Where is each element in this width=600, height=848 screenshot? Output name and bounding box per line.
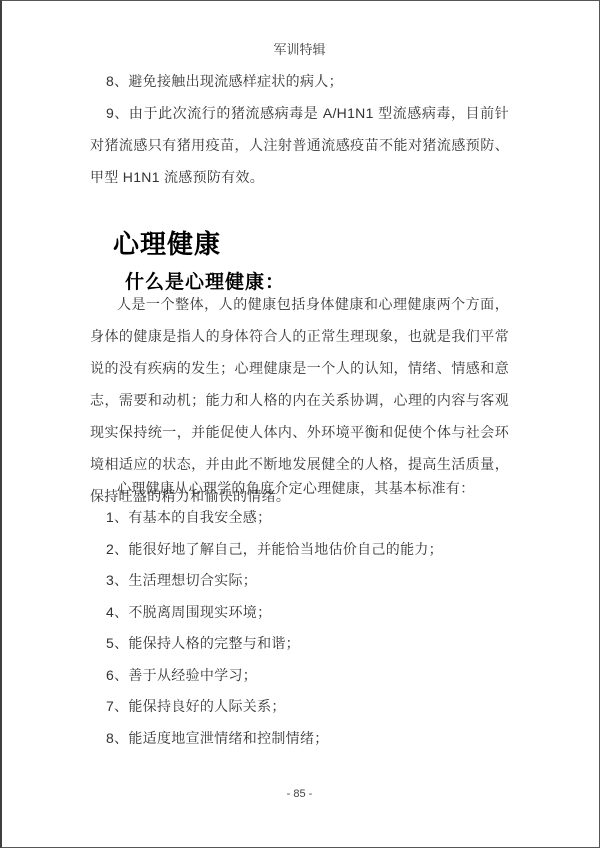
section-title-mental-health: 心理健康 [113, 226, 221, 262]
flu-list-item-8: 8、避免接触出现流感样症状的病人； [90, 65, 509, 97]
criteria-item-4: 4、不脱离周围现实环境； [90, 597, 509, 629]
criteria-item-1: 1、有基本的自我安全感； [90, 502, 509, 534]
criteria-item-5: 5、能保持人格的完整与和谐； [90, 628, 509, 660]
criteria-item-8: 8、能适度地宣泄情绪和控制情绪； [90, 723, 509, 755]
document-page: 军训特辑 8、避免接触出现流感样症状的病人； 9、由于此次流行的猪流感病毒是 A… [0, 0, 600, 848]
criteria-item-7: 7、能保持良好的人际关系； [90, 691, 509, 723]
criteria-item-2: 2、能很好地了解自己，并能恰当地估价自己的能力； [90, 534, 509, 566]
page-header-title: 军训特辑 [90, 42, 509, 58]
flu-list-item-9: 9、由于此次流行的猪流感病毒是 A/H1N1 型流感病毒，目前针对猪流感只有猪用… [90, 97, 509, 193]
criteria-intro-line: 心理健康从心理学的角度介定心理健康，其基本标准有： [90, 472, 509, 504]
criteria-list: 1、有基本的自我安全感； 2、能很好地了解自己，并能恰当地估价自己的能力； 3、… [90, 502, 509, 754]
page-number: - 85 - [90, 787, 509, 801]
criteria-item-3: 3、生活理想切合实际； [90, 565, 509, 597]
criteria-item-6: 6、善于从经验中学习； [90, 660, 509, 692]
